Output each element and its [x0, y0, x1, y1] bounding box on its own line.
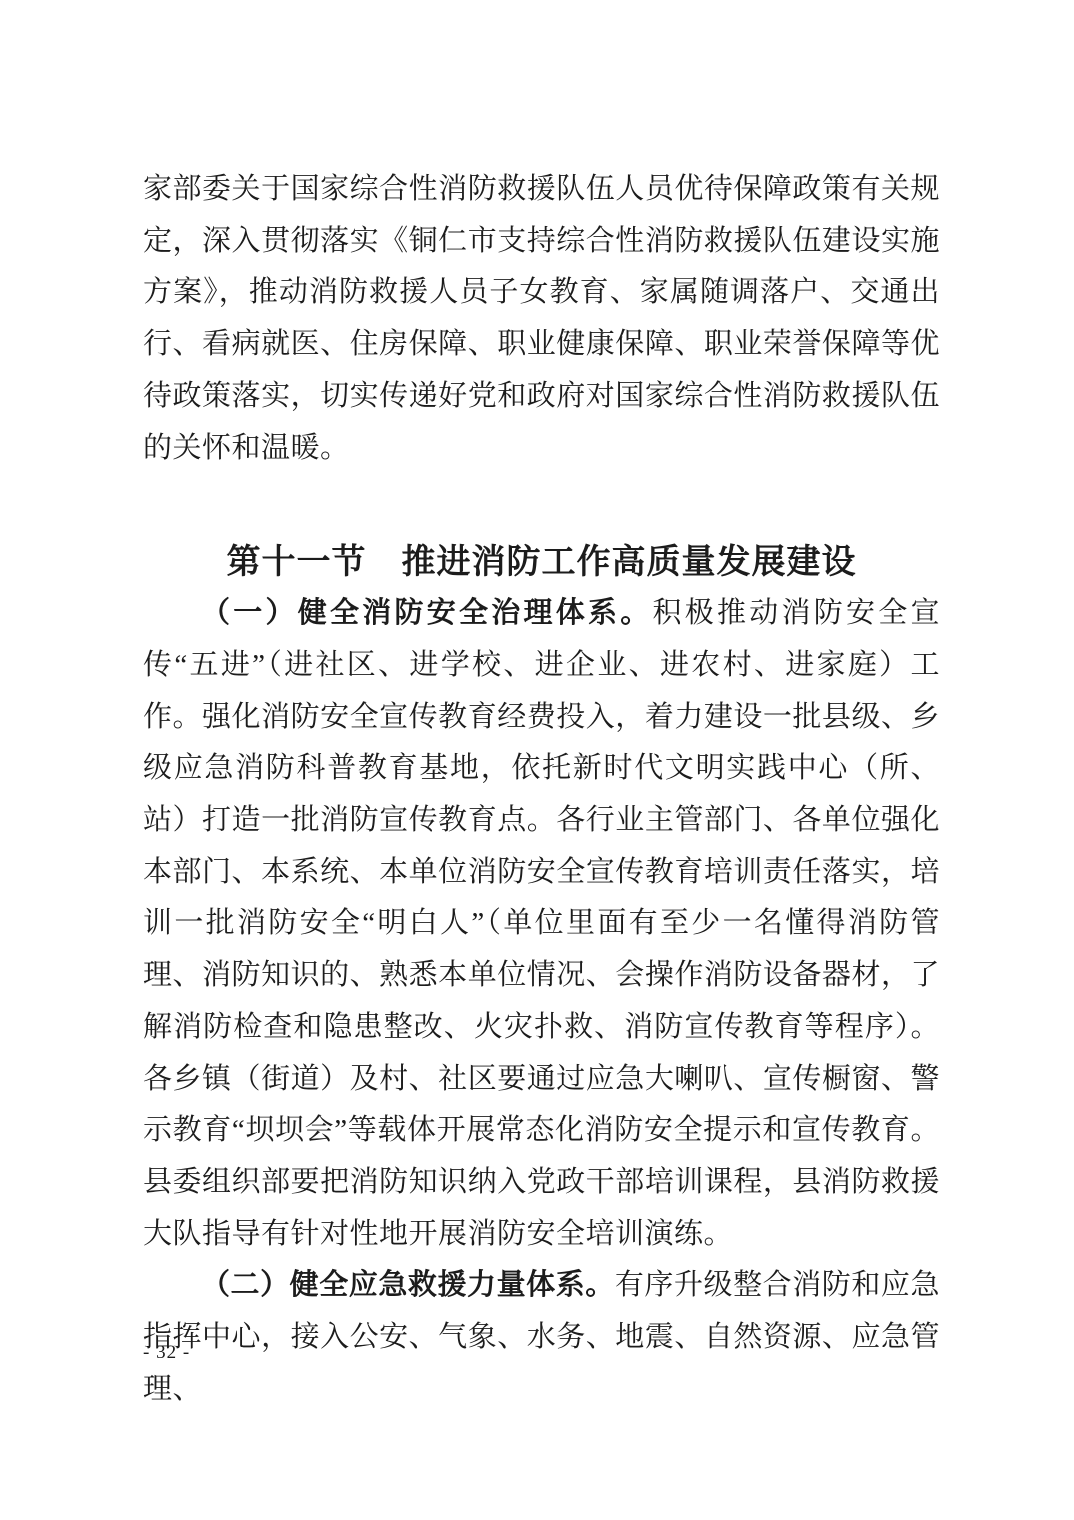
item-1-lead: （一）健全消防安全治理体系。: [201, 597, 652, 629]
document-page: 家部委关于国家综合性消防救援队伍人员优待保障政策有关规定，深入贯彻落实《铜仁市支…: [0, 0, 1074, 1520]
item-paragraph-2: （二）健全应急救援力量体系。有序升级整合消防和应急指挥中心，接入公安、气象、水务…: [143, 1260, 940, 1415]
continuation-paragraph: 家部委关于国家综合性消防救援队伍人员优待保障政策有关规定，深入贯彻落实《铜仁市支…: [143, 164, 940, 474]
item-paragraph-1: （一）健全消防安全治理体系。积极推动消防安全宣传“五进”（进社区、进学校、进企业…: [143, 588, 940, 1260]
item-2-lead: （二）健全应急救援力量体系。: [201, 1269, 615, 1301]
page-number: - 32 -: [143, 1342, 190, 1364]
section-heading: 第十一节 推进消防工作高质量发展建设: [143, 536, 940, 588]
item-1-text: 积极推动消防安全宣传“五进”（进社区、进学校、进企业、进农村、进家庭）工作。强化…: [143, 597, 940, 1249]
